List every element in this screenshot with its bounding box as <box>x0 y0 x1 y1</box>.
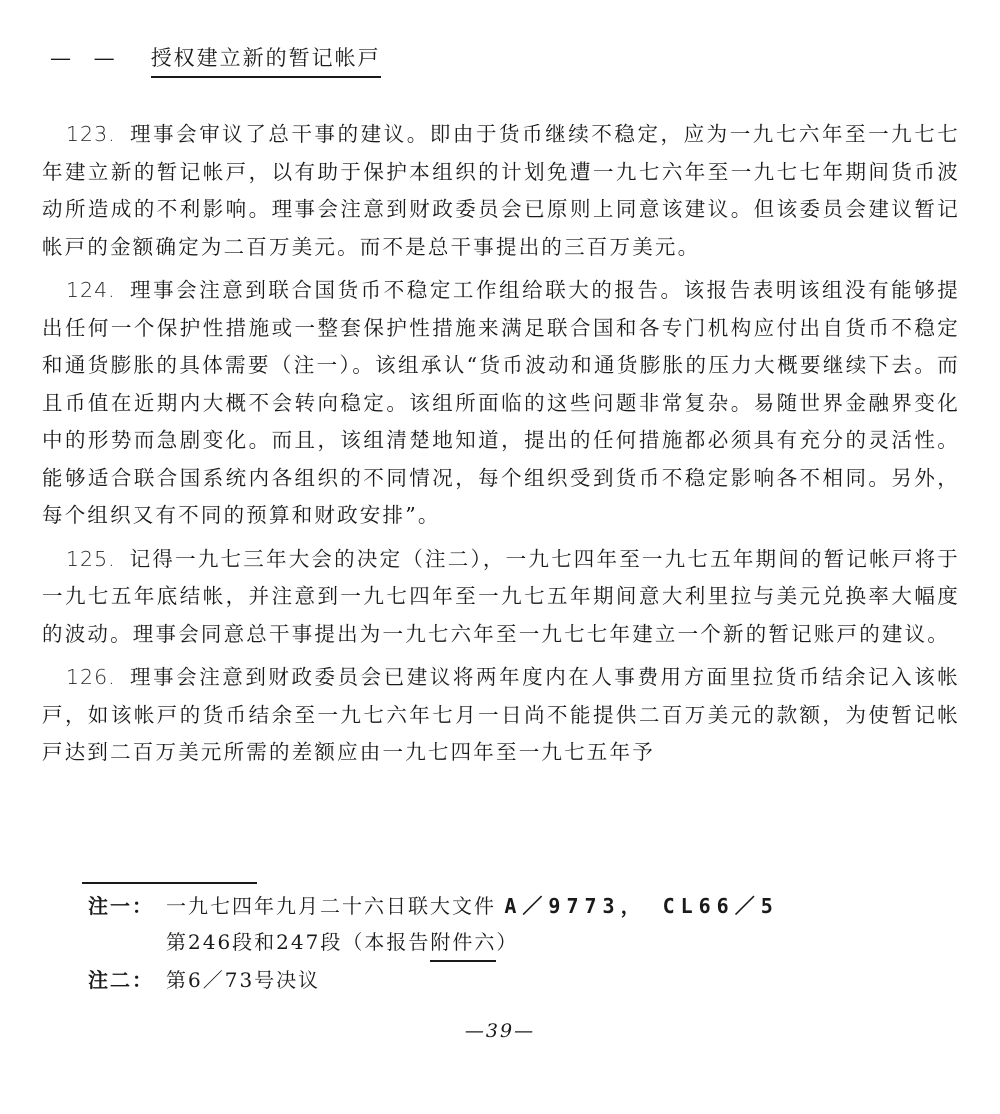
paragraph-125: 125.记得一九七三年大会的决定（注二），一九七四年至一九七五年期间的暂记帐戸将… <box>42 541 960 654</box>
paragraph-number: 125. <box>66 547 116 571</box>
body-text: 123.理事会审议了总干事的建议。即由于货币继续不稳定，应为一九七六年至一九七七… <box>42 116 960 778</box>
paragraph-number: 124. <box>66 278 116 302</box>
paragraph-124: 124.理事会注意到联合国货币不稳定工作组给联大的报告。该报告表明该组没有能够提… <box>42 272 960 535</box>
heading-dashes: — — <box>50 46 123 70</box>
footnote-1-continuation: 第246段和247段（本报告附件六） <box>88 924 779 962</box>
document-references: A／9773， CL66／5 <box>504 894 778 918</box>
paragraph-number: 123. <box>66 122 116 146</box>
footnote-line1: 一九七四年九月二十六日联大文件 <box>166 894 496 918</box>
paragraph-text: 理事会审议了总干事的建议。即由于货币继续不稳定，应为一九七六年至一九七七年建立新… <box>42 122 960 259</box>
footnote-1: 注一： 一九七四年九月二十六日联大文件 A／9773， CL66／5 <box>88 888 779 924</box>
footnote-text: 一九七四年九月二十六日联大文件 A／9773， CL66／5 <box>166 888 779 924</box>
footnote-label: 注二： <box>88 962 166 998</box>
footnotes: 注一： 一九七四年九月二十六日联大文件 A／9773， CL66／5 第246段… <box>88 888 779 998</box>
footnote-line2-suffix: ） <box>496 924 518 962</box>
footnote-2: 注二： 第6／73号决议 <box>88 962 779 998</box>
paragraph-text: 记得一九七三年大会的决定（注二），一九七四年至一九七五年期间的暂记帐戸将于一九七… <box>42 547 960 646</box>
paragraph-number: 126. <box>66 665 116 689</box>
annex-reference: 附件六 <box>430 924 496 962</box>
paragraph-126: 126.理事会注意到财政委员会已建议将两年度内在人事费用方面里拉货币结余记入该帐… <box>42 659 960 772</box>
footnote-line2-prefix: 第246段和247段（本报告 <box>166 924 430 962</box>
heading-title: 授权建立新的暂记帐戸 <box>151 42 381 78</box>
paragraph-text: 理事会注意到联合国货币不稳定工作组给联大的报告。该报告表明该组没有能够提出任何一… <box>42 278 960 527</box>
footnote-separator <box>82 882 257 884</box>
section-heading: — — 授权建立新的暂记帐戸 <box>50 42 381 78</box>
footnote-label: 注一： <box>88 888 166 924</box>
page-number: —39— <box>0 1020 1000 1042</box>
footnote-text: 第6／73号决议 <box>166 962 320 998</box>
paragraph-123: 123.理事会审议了总干事的建议。即由于货币继续不稳定，应为一九七六年至一九七七… <box>42 116 960 266</box>
document-page: — — 授权建立新的暂记帐戸 123.理事会审议了总干事的建议。即由于货币继续不… <box>0 0 1000 1114</box>
paragraph-text: 理事会注意到财政委员会已建议将两年度内在人事费用方面里拉货币结余记入该帐戸，如该… <box>42 665 960 764</box>
